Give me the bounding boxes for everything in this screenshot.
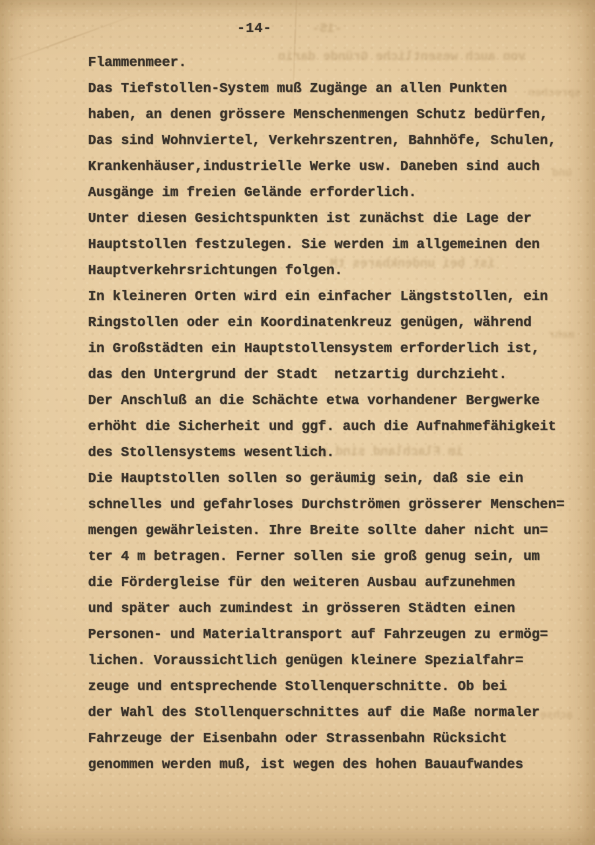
text-line: der Wahl des Stollenquerschnittes auf di… [88,701,564,727]
page-number: -14- [237,22,272,37]
text-line: In kleineren Orten wird ein einfacher Lä… [88,285,564,311]
text-line: genommen werden muß, ist wegen des hohen… [88,753,564,779]
text-line: lichen. Voraussichtlich genügen kleinere… [88,649,564,675]
text-line: schnelles und gefahrloses Durchströmen g… [88,493,564,519]
text-line: Ausgänge im freien Gelände erforderlich. [88,181,564,207]
text-line: Die Hauptstollen sollen so geräumig sein… [88,467,564,493]
text-line: Flammenmeer. [88,51,564,77]
text-line: die Fördergleise für den weiteren Ausbau… [88,571,564,597]
text-line: haben, an denen grössere Menschenmengen … [88,103,564,129]
text-line: Hauptverkehrsrichtungen folgen. [88,259,564,285]
text-line: Unter diesen Gesichtspunkten ist zunächs… [88,207,564,233]
text-line: in Großstädten ein Hauptstollensystem er… [88,337,564,363]
bleedthrough-text: -15- [312,22,342,36]
text-line: mengen gewährleisten. Ihre Breite sollte… [88,519,564,545]
text-line: Ringstollen oder ein Koordinatenkreuz ge… [88,311,564,337]
text-line: Der Anschluß an die Schächte etwa vorhan… [88,389,564,415]
text-line: Das sind Wohnviertel, Verkehrszentren, B… [88,129,564,155]
text-line: Krankenhäuser,industrielle Werke usw. Da… [88,155,564,181]
text-line: Das Tiefstollen-System muß Zugänge an al… [88,77,564,103]
text-line: Personen- und Materialtransport auf Fahr… [88,623,564,649]
text-line: zeuge und entsprechende Stollenquerschni… [88,675,564,701]
text-line: das den Untergrund der Stadt netzartig d… [88,363,564,389]
text-line: des Stollensystems wesentlich. [88,441,564,467]
scanned-document-page: -15- von auch wesentliche Gründe darin i… [0,0,595,845]
typewritten-body: Flammenmeer. Das Tiefstollen-System muß … [88,51,564,779]
text-line: und später auch zumindest in grösseren S… [88,597,564,623]
text-line: erhöht die Sicherheit und ggf. auch die … [88,415,564,441]
text-line: ter 4 m betragen. Ferner sollen sie groß… [88,545,564,571]
text-line: Hauptstollen festzulegen. Sie werden im … [88,233,564,259]
text-line: Fahrzeuge der Eisenbahn oder Strassenbah… [88,727,564,753]
